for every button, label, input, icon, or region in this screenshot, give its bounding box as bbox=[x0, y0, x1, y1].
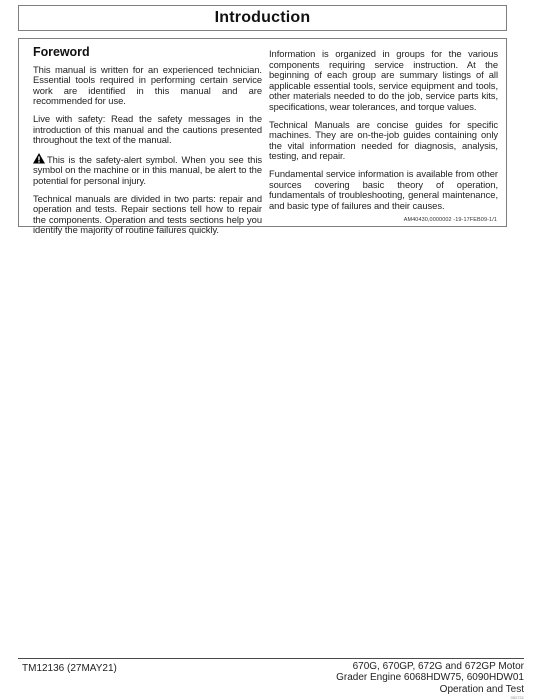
safety-alert-text: This is the safety-alert symbol. When yo… bbox=[33, 154, 262, 186]
safety-alert-paragraph: This is the safety-alert symbol. When yo… bbox=[33, 153, 262, 187]
foreword-paragraph: Live with safety: Read the safety messag… bbox=[33, 114, 262, 146]
foreword-paragraph: Information is organized in groups for t… bbox=[269, 49, 498, 113]
foreword-paragraph: Technical manuals are divided in two par… bbox=[33, 194, 262, 236]
foreword-right-column: Information is organized in groups for t… bbox=[269, 47, 498, 236]
footer-document-title: 670G, 670GP, 672G and 672GP Motor Grader… bbox=[336, 661, 524, 700]
footer-model-line: 670G, 670GP, 672G and 672GP Motor bbox=[336, 661, 524, 672]
footer-model-line: Grader Engine 6068HDW75, 6090HDW01 bbox=[336, 672, 524, 683]
page-title: Introduction bbox=[215, 9, 311, 27]
footer-divider bbox=[18, 658, 524, 659]
foreword-section: Foreword This manual is written for an e… bbox=[18, 38, 507, 227]
page-title-box: Introduction bbox=[18, 5, 507, 31]
foreword-paragraph: Technical Manuals are concise guides for… bbox=[269, 120, 498, 162]
foreword-paragraph: Fundamental service information is avail… bbox=[269, 169, 498, 211]
section-reference-code: AM40430,0000002 -19-17FEB09-1/1 bbox=[404, 217, 497, 223]
safety-alert-triangle-icon bbox=[33, 153, 45, 164]
manual-page: Introduction Foreword This manual is wri… bbox=[0, 0, 541, 700]
footer-section-line: Operation and Test bbox=[336, 684, 524, 695]
foreword-left-column: Foreword This manual is written for an e… bbox=[33, 47, 262, 236]
foreword-paragraph: This manual is written for an experience… bbox=[33, 65, 262, 107]
footer-document-number: TM12136 (27MAY21) bbox=[22, 663, 117, 674]
footer-print-code: 052721 bbox=[336, 696, 524, 700]
foreword-heading: Foreword bbox=[33, 47, 262, 58]
